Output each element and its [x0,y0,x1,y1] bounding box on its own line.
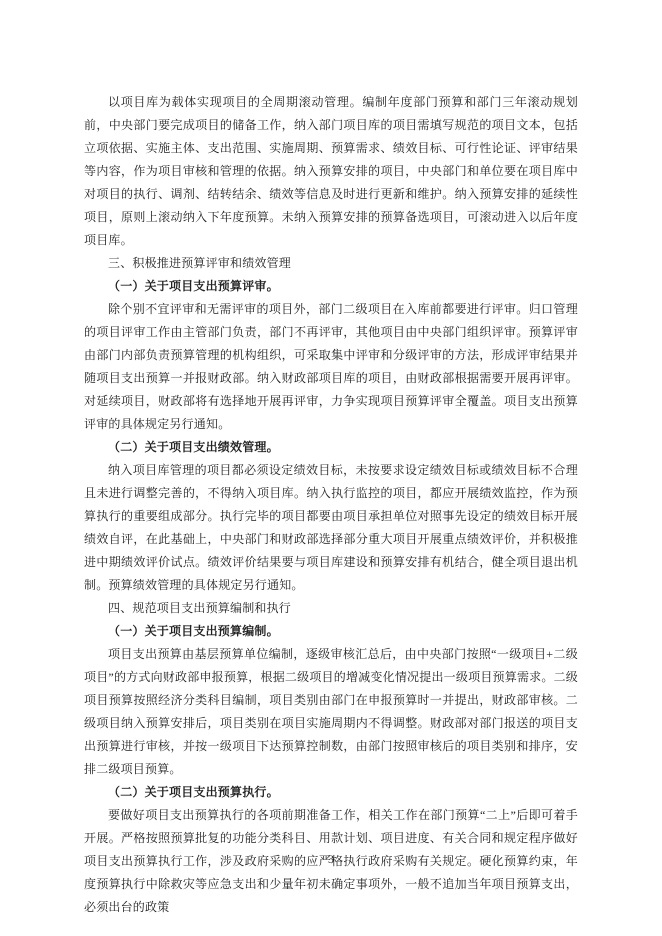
section-heading: 三、积极推进预算评审和绩效管理 [84,252,578,275]
document-body: 以项目库为载体实现项目的全周期滚动管理。编制年度部门预算和部门三年滚动规划前，中… [84,91,578,919]
paragraph: 以项目库为载体实现项目的全周期滚动管理。编制年度部门预算和部门三年滚动规划前，中… [84,91,578,252]
document-page: 以项目库为载体实现项目的全周期滚动管理。编制年度部门预算和部门三年滚动规划前，中… [0,0,662,936]
subsection-heading: （一）关于项目支出预算编制。 [84,620,578,643]
subsection-heading: （一）关于项目支出预算评审。 [84,275,578,298]
paragraph: 除个别不宜评审和无需评审的项目外，部门二级项目在入库前都要进行评审。归口管理的项… [84,298,578,436]
page-number: 3 [0,851,662,867]
paragraph: 纳入项目库管理的项目都必须设定绩效目标，未按要求设定绩效目标或绩效目标不合理且未… [84,459,578,597]
section-heading: 四、规范项目支出预算编制和执行 [84,597,578,620]
paragraph: 项目支出预算由基层预算单位编制，逐级审核汇总后，由中央部门按照“一级项目+二级项… [84,643,578,781]
subsection-heading: （二）关于项目支出预算执行。 [84,781,578,804]
subsection-heading: （二）关于项目支出绩效管理。 [84,436,578,459]
